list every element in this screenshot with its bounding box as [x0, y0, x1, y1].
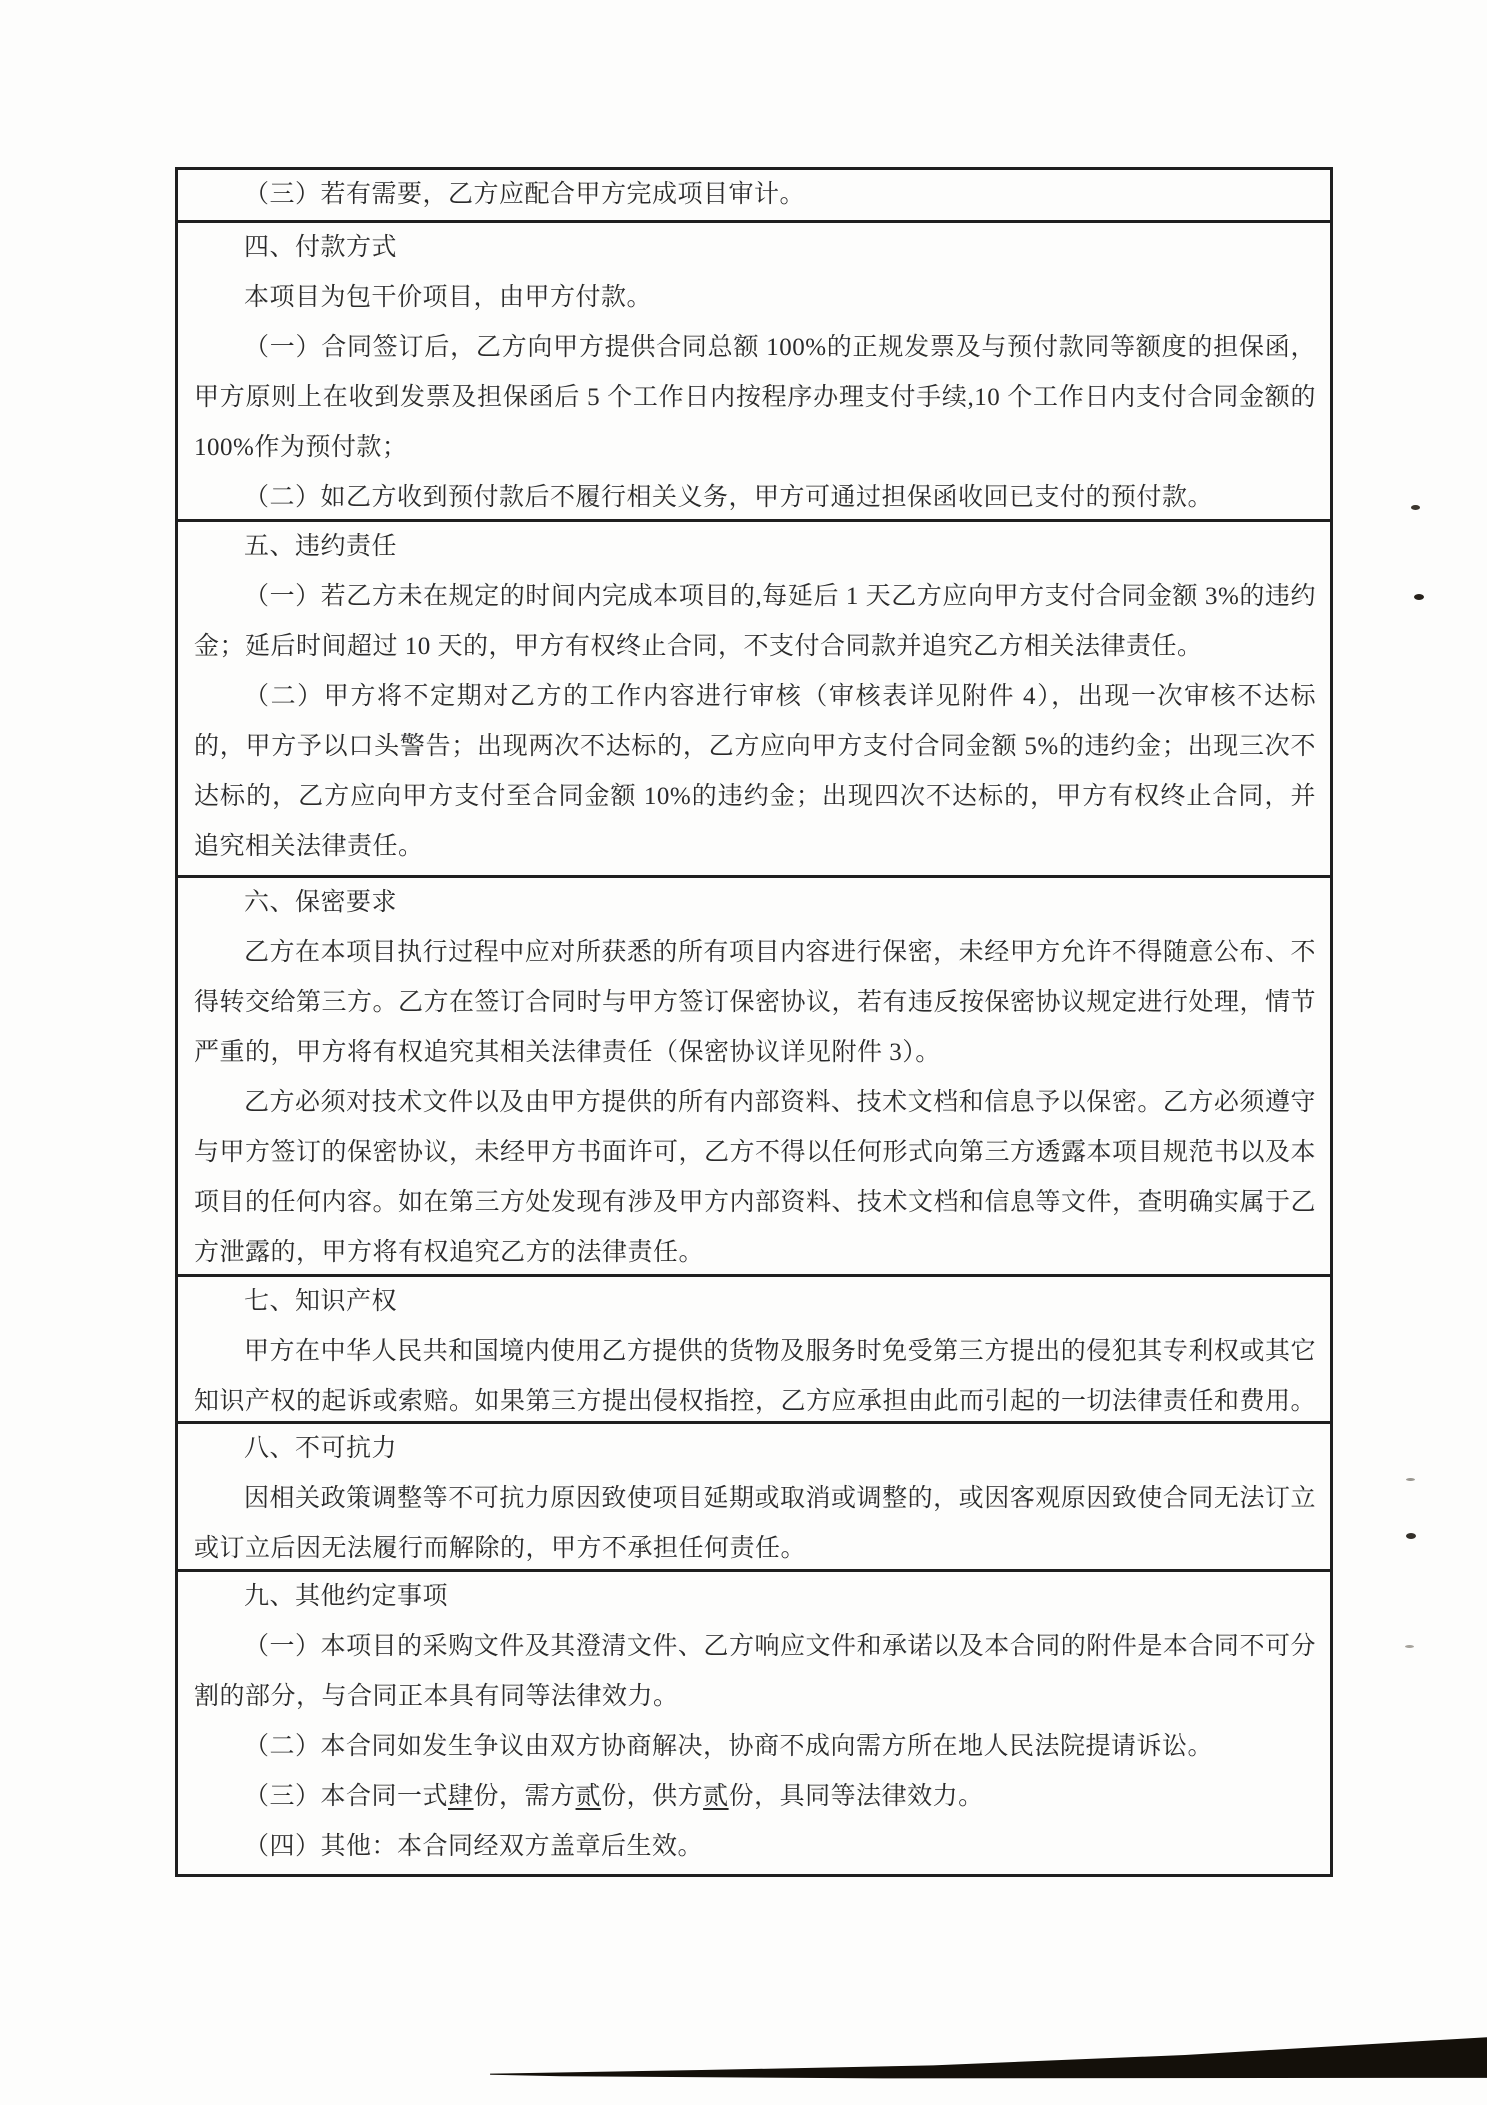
underlined-text: 贰	[703, 1783, 729, 1810]
clause-text: （二）本合同如发生争议由双方协商解决，协商不成向需方所在地人民法院提请诉讼。	[244, 1733, 1213, 1760]
section-heading: 六、保密要求	[194, 878, 1316, 928]
section-heading: 五、违约责任	[194, 522, 1316, 572]
clause-paragraph: （二）甲方将不定期对乙方的工作内容进行审核（审核表详见附件 4），出现一次审核不…	[194, 672, 1316, 872]
clause-paragraph: （二）如乙方收到预付款后不履行相关义务，甲方可通过担保函收回已支付的预付款。	[194, 473, 1316, 522]
clause-text: 乙方在本项目执行过程中应对所获悉的所有项目内容进行保密，未经甲方允许不得随意公布…	[194, 939, 1316, 1066]
clause-text: 乙方必须对技术文件以及由甲方提供的所有内部资料、技术文档和信息予以保密。乙方必须…	[194, 1089, 1316, 1266]
clause-text: 五、违约责任	[244, 533, 397, 560]
scanned-contract-page: （三）若有需要，乙方应配合甲方完成项目审计。四、付款方式本项目为包干价项目，由甲…	[0, 0, 1487, 2105]
scan-speck-artifact	[1405, 1645, 1414, 1648]
clause-paragraph: （二）本合同如发生争议由双方协商解决，协商不成向需方所在地人民法院提请诉讼。	[194, 1722, 1316, 1772]
scan-speck-artifact	[1411, 505, 1420, 510]
section-heading: 八、不可抗力	[194, 1424, 1316, 1474]
clause-text: （四）其他：本合同经双方盖章后生效。	[244, 1833, 703, 1860]
clause-text: 本项目为包干价项目，由甲方付款。	[244, 284, 652, 311]
clause-paragraph: （一）合同签订后，乙方向甲方提供合同总额 100%的正规发票及与预付款同等额度的…	[194, 323, 1316, 473]
clause-paragraph: （一）本项目的采购文件及其澄清文件、乙方响应文件和承诺以及本合同的附件是本合同不…	[194, 1622, 1316, 1722]
clause-text: 份，需方	[474, 1783, 576, 1810]
clause-paragraph: （一）若乙方未在规定的时间内完成本项目的,每延后 1 天乙方应向甲方支付合同金额…	[194, 572, 1316, 672]
clause-text: （一）合同签订后，乙方向甲方提供合同总额 100%的正规发票及与预付款同等额度的…	[194, 334, 1316, 461]
contract-section-confidentiality: 六、保密要求乙方在本项目执行过程中应对所获悉的所有项目内容进行保密，未经甲方允许…	[178, 878, 1330, 1277]
contract-section-payment-terms: 四、付款方式本项目为包干价项目，由甲方付款。（一）合同签订后，乙方向甲方提供合同…	[178, 223, 1330, 522]
clause-text: 份，具同等法律效力。	[729, 1783, 984, 1810]
clause-paragraph: （三）若有需要，乙方应配合甲方完成项目审计。	[194, 170, 1316, 220]
scan-edge-shadow-artifact	[480, 2030, 1487, 2082]
clause-text: （二）甲方将不定期对乙方的工作内容进行审核（审核表详见附件 4），出现一次审核不…	[194, 683, 1316, 860]
clause-text: 四、付款方式	[244, 234, 397, 261]
clause-text: （二）如乙方收到预付款后不履行相关义务，甲方可通过担保函收回已支付的预付款。	[244, 484, 1213, 511]
clause-paragraph: 乙方在本项目执行过程中应对所获悉的所有项目内容进行保密，未经甲方允许不得随意公布…	[194, 928, 1316, 1078]
section-heading: 七、知识产权	[194, 1277, 1316, 1327]
clause-text: 份，供方	[601, 1783, 703, 1810]
clause-text: 九、其他约定事项	[244, 1583, 448, 1610]
scan-speck-artifact	[1414, 594, 1424, 600]
clause-paragraph: 乙方必须对技术文件以及由甲方提供的所有内部资料、技术文档和信息予以保密。乙方必须…	[194, 1078, 1316, 1277]
clause-paragraph: 甲方在中华人民共和国境内使用乙方提供的货物及服务时免受第三方提出的侵犯其专利权或…	[194, 1327, 1316, 1424]
contract-section-other-agreements: 九、其他约定事项（一）本项目的采购文件及其澄清文件、乙方响应文件和承诺以及本合同…	[178, 1572, 1330, 1874]
contract-section-force-majeure: 八、不可抗力因相关政策调整等不可抗力原因致使项目延期或取消或调整的，或因客观原因…	[178, 1424, 1330, 1572]
clause-text: 八、不可抗力	[244, 1435, 397, 1462]
contract-section-intellectual-property: 七、知识产权甲方在中华人民共和国境内使用乙方提供的货物及服务时免受第三方提出的侵…	[178, 1277, 1330, 1424]
section-heading: 九、其他约定事项	[194, 1572, 1316, 1622]
contract-section-audit-clause: （三）若有需要，乙方应配合甲方完成项目审计。	[178, 170, 1330, 223]
clause-text: （三）本合同一式	[244, 1783, 448, 1810]
underlined-text: 贰	[576, 1783, 602, 1810]
section-heading: 四、付款方式	[194, 223, 1316, 273]
clause-text: 因相关政策调整等不可抗力原因致使项目延期或取消或调整的，或因客观原因致使合同无法…	[194, 1485, 1316, 1562]
clause-text: （三）若有需要，乙方应配合甲方完成项目审计。	[244, 181, 805, 208]
underlined-text: 肆	[448, 1783, 474, 1810]
clause-text: 六、保密要求	[244, 889, 397, 916]
scan-speck-artifact	[1406, 1478, 1415, 1481]
clause-text: 甲方在中华人民共和国境内使用乙方提供的货物及服务时免受第三方提出的侵犯其专利权或…	[194, 1338, 1316, 1415]
contract-terms-table: （三）若有需要，乙方应配合甲方完成项目审计。四、付款方式本项目为包干价项目，由甲…	[175, 167, 1333, 1877]
clause-paragraph: （三）本合同一式肆份，需方贰份，供方贰份，具同等法律效力。	[194, 1772, 1316, 1822]
clause-text: （一）若乙方未在规定的时间内完成本项目的,每延后 1 天乙方应向甲方支付合同金额…	[194, 583, 1316, 660]
contract-section-breach-liability: 五、违约责任（一）若乙方未在规定的时间内完成本项目的,每延后 1 天乙方应向甲方…	[178, 522, 1330, 878]
clause-text: 七、知识产权	[244, 1288, 397, 1315]
scan-speck-artifact	[1406, 1533, 1416, 1539]
clause-paragraph: （四）其他：本合同经双方盖章后生效。	[194, 1822, 1316, 1872]
clause-paragraph: 因相关政策调整等不可抗力原因致使项目延期或取消或调整的，或因客观原因致使合同无法…	[194, 1474, 1316, 1572]
clause-paragraph: 本项目为包干价项目，由甲方付款。	[194, 273, 1316, 323]
clause-text: （一）本项目的采购文件及其澄清文件、乙方响应文件和承诺以及本合同的附件是本合同不…	[194, 1633, 1316, 1710]
